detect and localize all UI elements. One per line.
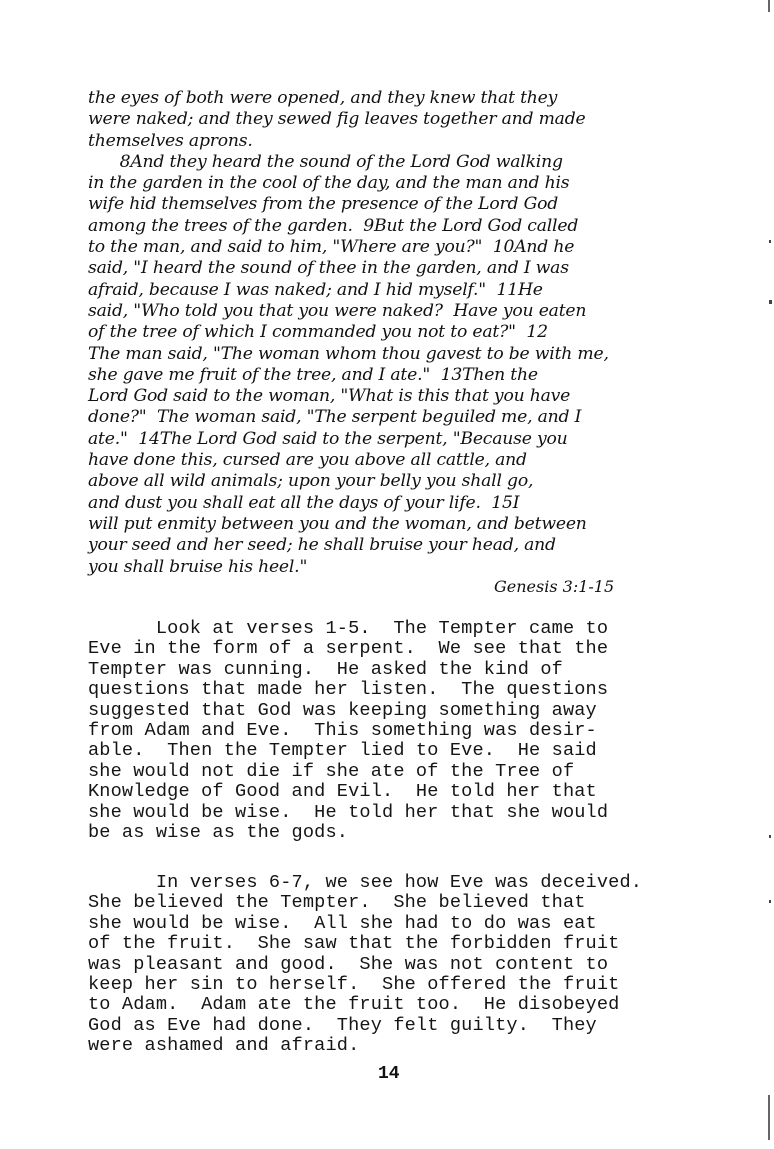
scripture-line: done?" The woman said, "The serpent begu… — [88, 407, 708, 428]
scan-edge-mark — [768, 1095, 770, 1140]
scan-speck — [769, 835, 771, 838]
scan-speck — [769, 900, 771, 903]
page-number: 14 — [378, 1064, 400, 1084]
paragraph-verses-1-5: Look at verses 1-5. The Tempter came toE… — [88, 619, 728, 843]
scripture-line: and dust you shall eat all the days of y… — [88, 493, 708, 514]
scripture-line: will put enmity between you and the woma… — [88, 514, 708, 535]
text-line: from Adam and Eve. This something was de… — [88, 721, 728, 741]
text-line: was pleasant and good. She was not conte… — [88, 955, 728, 975]
text-line: she would not die if she ate of the Tree… — [88, 762, 728, 782]
text-line: She believed the Tempter. She believed t… — [88, 893, 728, 913]
scripture-line: in the garden in the cool of the day, an… — [88, 173, 708, 194]
scripture-line: 8And they heard the sound of the Lord Go… — [88, 152, 708, 173]
text-line: suggested that God was keeping something… — [88, 701, 728, 721]
text-line: she would be wise. All she had to do was… — [88, 914, 728, 934]
paragraph-verses-6-7: In verses 6-7, we see how Eve was deceiv… — [88, 873, 728, 1057]
scripture-line: have done this, cursed are you above all… — [88, 450, 708, 471]
text-line: Eve in the form of a serpent. We see tha… — [88, 639, 728, 659]
scripture-quote: the eyes of both were opened, and they k… — [88, 88, 708, 578]
scripture-line: your seed and her seed; he shall bruise … — [88, 535, 708, 556]
scripture-line: she gave me fruit of the tree, and I ate… — [88, 365, 708, 386]
scripture-line: said, "I heard the sound of thee in the … — [88, 258, 708, 279]
scan-edge-mark — [768, 0, 770, 12]
scan-speck — [769, 240, 771, 243]
text-line: questions that made her listen. The ques… — [88, 680, 728, 700]
scripture-line: Lord God said to the woman, "What is thi… — [88, 386, 708, 407]
text-line: were ashamed and afraid. — [88, 1036, 728, 1056]
scripture-line: were naked; and they sewed fig leaves to… — [88, 109, 708, 130]
scripture-line: above all wild animals; upon your belly … — [88, 471, 708, 492]
text-line: to Adam. Adam ate the fruit too. He diso… — [88, 995, 728, 1015]
scan-speck — [769, 300, 772, 304]
text-line: Look at verses 1-5. The Tempter came to — [88, 619, 728, 639]
text-line: of the fruit. She saw that the forbidden… — [88, 934, 728, 954]
text-line: be as wise as the gods. — [88, 823, 728, 843]
scripture-line: The man said, "The woman whom thou gaves… — [88, 344, 708, 365]
text-line: able. Then the Tempter lied to Eve. He s… — [88, 741, 728, 761]
text-line: keep her sin to herself. She offered the… — [88, 975, 728, 995]
scripture-line: wife hid themselves from the presence of… — [88, 194, 708, 215]
scripture-line: of the tree of which I commanded you not… — [88, 322, 708, 343]
scripture-line: said, "Who told you that you were naked?… — [88, 301, 708, 322]
scripture-citation: Genesis 3:1-15 — [494, 576, 614, 597]
text-line: Tempter was cunning. He asked the kind o… — [88, 660, 728, 680]
scripture-line: the eyes of both were opened, and they k… — [88, 88, 708, 109]
scripture-line: to the man, and said to him, "Where are … — [88, 237, 708, 258]
scripture-line: you shall bruise his heel." — [88, 557, 708, 578]
scripture-line: afraid, because I was naked; and I hid m… — [88, 280, 708, 301]
scripture-line: themselves aprons. — [88, 131, 708, 152]
text-line: In verses 6-7, we see how Eve was deceiv… — [88, 873, 728, 893]
scripture-line: ate." 14The Lord God said to the serpent… — [88, 429, 708, 450]
text-line: she would be wise. He told her that she … — [88, 803, 728, 823]
scripture-line: among the trees of the garden. 9But the … — [88, 216, 708, 237]
text-line: Knowledge of Good and Evil. He told her … — [88, 782, 728, 802]
text-line: God as Eve had done. They felt guilty. T… — [88, 1016, 728, 1036]
